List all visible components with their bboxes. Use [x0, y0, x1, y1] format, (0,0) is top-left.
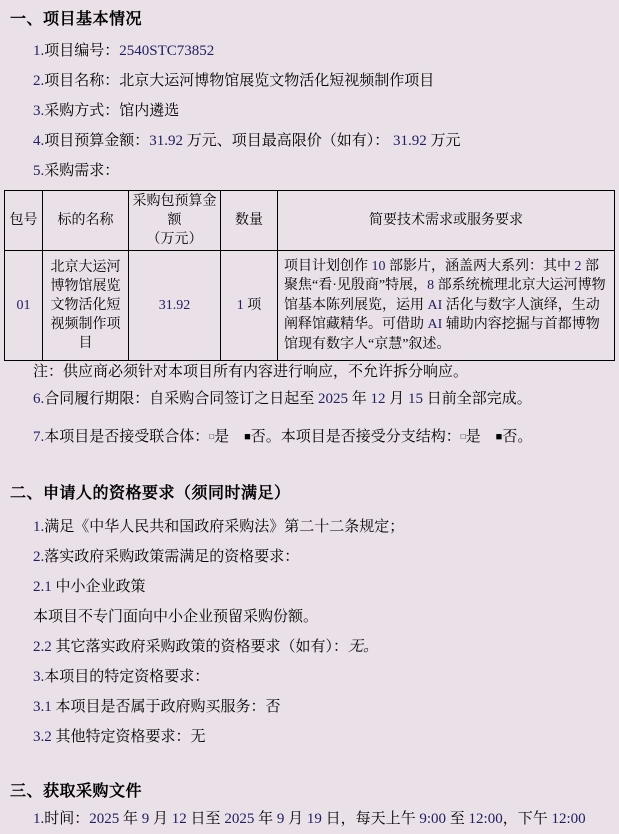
header-quantity: 数量 [221, 191, 278, 251]
text-segment: 无。 [348, 639, 378, 655]
text-segment: 其他特定资格要求：无 [52, 729, 206, 745]
text-segment: 月 [284, 811, 307, 827]
sme-policy-line: 2.1 中小企业政策 [10, 572, 611, 602]
table-header-row: 包号 标的名称 采购包预算金额 （万元） 数量 简要技术需求或服务要求 [5, 191, 615, 251]
table-row: 01 北京大运河博物馆展览文物活化短视频制作项目 31.92 1 项 项目计划创… [5, 251, 615, 361]
text-segment: 本项目不专门面向中小企业预留采购份额。 [33, 609, 318, 625]
header-budget: 采购包预算金额 （万元） [129, 191, 221, 251]
text-segment: 项目编号： [44, 43, 119, 59]
text-segment: 10 [372, 259, 386, 274]
text-segment: 3.1 [33, 699, 52, 715]
cell-package-no: 01 [5, 251, 43, 361]
text-segment: 3.2 [33, 729, 52, 745]
text-segment: 合同履行期限：自采购合同签订之日起至 [44, 391, 318, 407]
text-segment: 19 [307, 811, 322, 827]
text-segment: 2025 [224, 811, 254, 827]
specific-qualification-line: 3.本项目的特定资格要求： [10, 662, 611, 692]
section-1-heading: 一、项目基本情况 [10, 8, 611, 32]
project-number-line: 1.项目编号：2540STC73852 [10, 36, 611, 66]
text-segment: 日前全部完成。 [423, 391, 532, 407]
header-requirements: 简要技术需求或服务要求 [278, 191, 615, 251]
text-segment: 时间： [44, 811, 89, 827]
text-segment: 2. [33, 73, 44, 89]
text-segment: 01 [17, 298, 31, 313]
other-qualification-line: 3.2 其他特定资格要求：无 [10, 722, 611, 752]
text-segment: 9:00 [419, 811, 446, 827]
text-segment: 部影片，涵盖两大系列：其中 [386, 259, 575, 274]
text-segment: 落实政府采购政策需满足的资格要求： [44, 549, 299, 565]
text-segment: 年 [254, 811, 277, 827]
text-segment: 北京大运河博物馆展览文物活化短视频制作项目 [51, 260, 121, 351]
section-3-heading: 三、获取采购文件 [10, 780, 611, 804]
text-segment: 月 [149, 811, 172, 827]
table-note: 注：供应商必须针对本项目所有内容进行响应，不允许拆分响应。 [10, 361, 611, 384]
text-segment: 其它落实政府采购政策的资格要求（如有）： [52, 639, 348, 655]
text-segment: 2.2 [33, 639, 52, 655]
text-segment: 否。 [502, 429, 532, 445]
text-segment: 1. [33, 519, 44, 535]
text-segment: 是 [214, 429, 244, 445]
text-segment: 2 [575, 259, 582, 274]
cell-quantity: 1 项 [221, 251, 278, 361]
text-segment: 1 [237, 298, 244, 313]
text-segment: 12:00 [551, 811, 585, 827]
text-segment: 年 [348, 391, 371, 407]
cell-requirements: 项目计划创作 10 部影片，涵盖两大系列：其中 2 部聚焦“看·见殷商”特展，8… [278, 251, 615, 361]
other-policy-line: 2.2 其它落实政府采购政策的资格要求（如有）：无。 [10, 632, 611, 662]
procurement-demand-line: 5.采购需求： [10, 156, 611, 186]
section-2-items: 1.满足《中华人民共和国政府采购法》第二十二条规定； 2.落实政府采购政策需满足… [10, 512, 611, 752]
policy-requirements-line: 2.落实政府采购政策需满足的资格要求： [10, 542, 611, 572]
text-segment: AI [428, 317, 443, 332]
text-segment: ■ [244, 431, 251, 443]
text-segment: 月 [386, 391, 409, 407]
text-segment: AI [428, 298, 443, 313]
text-segment: 项目计划创作 [284, 259, 372, 274]
government-purchase-line: 3.1 本项目是否属于政府购买服务：否 [10, 692, 611, 722]
text-segment: 2. [33, 549, 44, 565]
sme-reservation-line: 本项目不专门面向中小企业预留采购份额。 [10, 602, 611, 632]
text-segment: 采购方式：馆内遴选 [44, 103, 179, 119]
consortium-line: 7.本项目是否接受联合体：□是 ■否。本项目是否接受分支结构：□是 ■否。 [10, 422, 611, 452]
text-segment: 采购需求： [44, 163, 119, 179]
text-segment: 年 [119, 811, 142, 827]
section-2-heading: 二、申请人的资格要求（须同时满足） [10, 482, 611, 506]
text-segment: 2025 [318, 391, 348, 407]
header-package-no: 包号 [5, 191, 43, 251]
text-segment: 万元、项目最高限价（如有）： [183, 133, 393, 149]
text-segment: 2025 [89, 811, 119, 827]
document-time-line: 1.时间：2025 年 9 月 12 日至 2025 年 9 月 19 日，每天… [10, 804, 611, 834]
contract-period-line: 6.合同履行期限：自采购合同签订之日起至 2025 年 12 月 15 日前全部… [10, 384, 611, 414]
text-segment: 12:00 [469, 811, 503, 827]
text-segment: 4. [33, 133, 44, 149]
qualification-law-line: 1.满足《中华人民共和国政府采购法》第二十二条规定； [10, 512, 611, 542]
text-segment: 2.1 [33, 579, 52, 595]
text-segment: 5. [33, 163, 44, 179]
text-segment: 31.92 [159, 298, 191, 313]
text-segment: 项目名称：北京大运河博物馆展览文物活化短视频制作项目 [44, 73, 434, 89]
text-segment: 至 [446, 811, 469, 827]
cell-subject-name: 北京大运河博物馆展览文物活化短视频制作项目 [43, 251, 129, 361]
project-name-line: 2.项目名称：北京大运河博物馆展览文物活化短视频制作项目 [10, 66, 611, 96]
text-segment: 12 [172, 811, 187, 827]
text-segment: 31.92 [149, 133, 183, 149]
section-1-items: 1.项目编号：2540STC73852 2.项目名称：北京大运河博物馆展览文物活… [10, 36, 611, 186]
text-segment: 3. [33, 103, 44, 119]
text-segment: 31.92 [393, 133, 427, 149]
text-segment: 万元 [427, 133, 461, 149]
text-segment: 本项目是否属于政府购买服务：否 [52, 699, 281, 715]
cell-budget: 31.92 [129, 251, 221, 361]
section-3-items: 1.时间：2025 年 9 月 12 日至 2025 年 9 月 19 日，每天… [10, 804, 611, 834]
text-segment: 3. [33, 669, 44, 685]
text-segment: 7. [33, 429, 44, 445]
text-segment: 注：供应商必须针对本项目所有内容进行响应，不允许拆分响应。 [33, 364, 468, 380]
procurement-notice-document: 一、项目基本情况 1.项目编号：2540STC73852 2.项目名称：北京大运… [0, 0, 619, 834]
text-segment: 满足《中华人民共和国政府采购法》第二十二条规定； [44, 519, 404, 535]
text-segment: 中小企业政策 [52, 579, 146, 595]
text-segment: 1. [33, 811, 44, 827]
text-segment: 项 [244, 298, 262, 313]
text-segment: 日，每天上午 [322, 811, 420, 827]
text-segment: 2540STC73852 [119, 43, 214, 59]
text-segment: 12 [371, 391, 386, 407]
text-segment: 项目预算金额： [44, 133, 149, 149]
text-segment: 本项目的特定资格要求： [44, 669, 209, 685]
procurement-method-line: 3.采购方式：馆内遴选 [10, 96, 611, 126]
procurement-package-table: 包号 标的名称 采购包预算金额 （万元） 数量 简要技术需求或服务要求 01 北… [4, 190, 615, 361]
text-segment: 是 [466, 429, 496, 445]
text-segment: 否。本项目是否接受分支结构： [251, 429, 461, 445]
text-segment: 本项目是否接受联合体： [44, 429, 209, 445]
text-segment: ，下午 [503, 811, 552, 827]
section-1-items-continued: 6.合同履行期限：自采购合同签订之日起至 2025 年 12 月 15 日前全部… [10, 384, 611, 452]
text-segment: 1. [33, 43, 44, 59]
text-segment: 15 [408, 391, 423, 407]
budget-line: 4.项目预算金额：31.92 万元、项目最高限价（如有）： 31.92 万元 [10, 126, 611, 156]
header-subject-name: 标的名称 [43, 191, 129, 251]
text-segment: 日至 [187, 811, 225, 827]
text-segment: 6. [33, 391, 44, 407]
